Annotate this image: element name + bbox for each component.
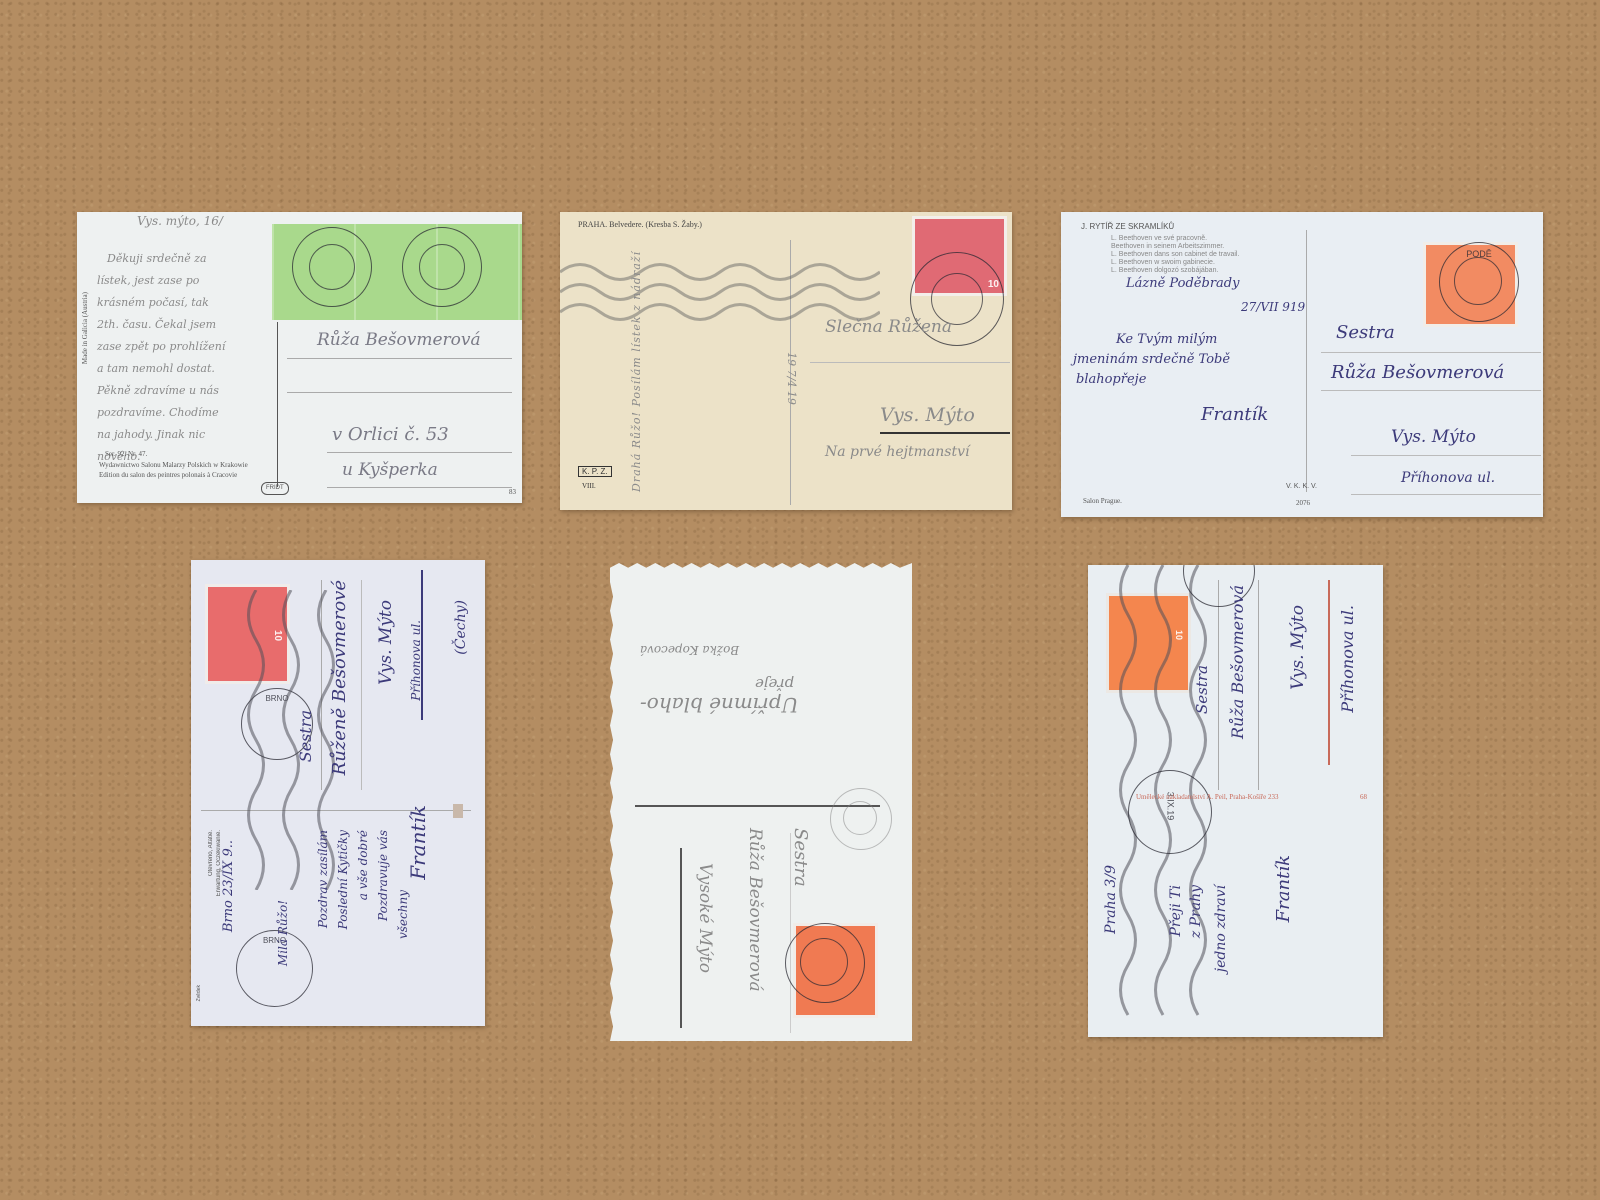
publisher-line: Umělecké nakladatelství A. Peil, Praha-K… — [1136, 793, 1279, 802]
message-line: Pozdrav zasílám — [316, 830, 330, 928]
postcard-3: J. RYTÍŘ ZE SKRAMLÍKŮ L. Beethoven ve sv… — [1061, 212, 1543, 517]
divider-line — [1306, 230, 1307, 492]
place-line: Lázně Poděbrady — [1126, 276, 1239, 291]
message-line: Pozdravuje vás — [376, 830, 390, 921]
printer-mark: Zvědek — [195, 985, 204, 1001]
recipient-title: Sestra — [790, 828, 811, 887]
publisher-left: Salon Prague. — [1083, 497, 1122, 506]
publisher-caption-fr: Edition du salon des peintres polonais à… — [99, 471, 237, 480]
recipient-town: Vys. Mýto — [880, 404, 975, 426]
message-line: Ke Tvým milým — [1116, 332, 1217, 347]
address-line — [1328, 580, 1330, 765]
message-line: a tam nemohl dostat. — [97, 362, 215, 375]
address-line — [1321, 352, 1541, 353]
address-line — [880, 432, 1010, 434]
message-line: Pěkně zdravíme u nás — [97, 384, 219, 397]
message-line: zase zpět po prohlížení — [97, 340, 225, 353]
date-line: 27/VII 919 — [1241, 300, 1305, 314]
message-line: všechny — [396, 890, 410, 939]
postmark-vysoke-myto — [292, 227, 372, 307]
recipient-name: Růža Bešovmerová — [745, 828, 765, 992]
message-line: Vys. mýto, 16/ — [137, 214, 223, 228]
address-line — [680, 848, 682, 1028]
card-caption: PRAHA. Belvedere. (Kresba S. Žaby.) — [578, 220, 702, 229]
message-line: Praha 3/9 — [1103, 865, 1119, 934]
postmark-vysoke-myto — [785, 923, 865, 1003]
recipient-address: Na prvé hejtmanství — [825, 444, 969, 460]
message-line: a vše dobré — [356, 830, 370, 900]
recipient-name: Růženě Bešovmerové — [329, 580, 350, 775]
address-line — [1258, 580, 1259, 790]
recipient-street: Příhonova ul. — [1401, 470, 1495, 486]
blind-receiving-stamp — [830, 788, 892, 850]
card-number: 2076 — [1296, 499, 1310, 508]
handwritten-date: 19 7/4 19 — [785, 352, 798, 405]
address-line — [1351, 455, 1541, 456]
message-line: Upřímné blaho- — [640, 693, 798, 717]
message-line: Přeji Ti — [1168, 885, 1184, 936]
recipient-street: Příhonova ul. — [409, 620, 423, 701]
caption-line: L. Beethoven dolgozó szobájában. — [1111, 266, 1218, 275]
card-number: 68 — [1360, 793, 1367, 802]
postmark-brno: BRNO — [236, 930, 313, 1007]
message-line: 2th. času. Čekal jsem — [97, 318, 216, 331]
message-line: z Prahy — [1188, 885, 1204, 938]
publisher-mark: V. K. K. V. — [1286, 482, 1317, 491]
address-line — [327, 452, 512, 453]
message-line: Božka Kopecová — [640, 643, 739, 657]
recipient-town: Vys. Mýto — [1391, 427, 1476, 447]
wavy-machine-cancel — [560, 232, 880, 372]
address-line — [1321, 390, 1541, 391]
recipient-town: Vys. Mýto — [376, 600, 396, 685]
message-line: jedno zdraví — [1213, 885, 1229, 972]
series-number: VIII. — [582, 482, 596, 491]
publisher-logo: FRIDT — [261, 482, 289, 495]
recipient-town: Vys. Mýto — [1288, 605, 1308, 690]
recipient-street: Příhonova ul. — [1338, 605, 1357, 713]
message-line: Milá Růžo! — [276, 900, 290, 966]
address-line — [287, 392, 512, 393]
signature: Frantík — [1201, 404, 1268, 425]
recipient-name: Růža Bešovmerová — [1228, 585, 1247, 739]
address-line — [327, 487, 512, 488]
message-line: na jahody. Jinak nic — [97, 428, 205, 441]
postmark-praha: 3.IX.19 — [1128, 770, 1212, 854]
message-line: pozdravíme. Chodíme — [97, 406, 219, 419]
recipient-title: Sestra — [1336, 322, 1395, 343]
message-line: krásném počasí, tak — [97, 296, 209, 309]
message-line: Děkuji srdečně za — [107, 252, 207, 265]
signature: Frantík — [1273, 855, 1294, 922]
recipient-title: Sestra — [296, 710, 315, 762]
recipient-name: Růža Bešovmerová — [1331, 362, 1504, 383]
publisher-mark: K. P. Z. — [578, 466, 612, 477]
card-number: 83 — [509, 488, 516, 497]
recipient-town: Vysoké Mýto — [695, 863, 715, 973]
recipient-town: u Kyšperka — [342, 460, 438, 480]
postcard-1: Made in Galicia (Austria) Vys. mýto, 16/… — [77, 212, 522, 503]
message-line: přeje — [755, 675, 794, 693]
postcard-5: Upřímné blaho- přeje Božka Kopecová Sest… — [610, 563, 912, 1041]
postcard-4: 10 BRNO BRNO Otevřeno, Altatie. Erwartun… — [191, 560, 485, 1026]
postmark-vysoke-myto — [402, 227, 482, 307]
recipient-name: Slečna Růžena — [825, 317, 952, 337]
message-vertical: Drahá Růžo! Posílám lístek z nádraží — [630, 252, 643, 492]
made-in-text: Made in Galicia (Austria) — [81, 292, 90, 364]
message-line: Poslední Kytičky — [336, 830, 350, 929]
message-line: jmeninám srdečně Tobě — [1073, 352, 1230, 367]
series-number: Ser. 92. Nr. 47. — [105, 450, 147, 459]
recipient-name: Růža Bešovmerová — [317, 330, 481, 350]
recipient-title: Sestra — [1193, 665, 1211, 714]
recipient-country: (Čechy) — [453, 600, 469, 655]
address-line — [1351, 494, 1541, 495]
address-line — [287, 358, 512, 359]
publisher-logo — [453, 804, 463, 818]
signature: Frantík — [406, 805, 430, 880]
postcard-2: PRAHA. Belvedere. (Kresba S. Žaby.) 10 D… — [560, 212, 1012, 510]
divider-line — [277, 322, 278, 487]
card-title: J. RYTÍŘ ZE SKRAMLÍKŮ — [1081, 222, 1174, 231]
postmark-podebrady: PODĚ — [1439, 242, 1519, 322]
message-line: blahopřeje — [1076, 372, 1146, 387]
publisher-caption-pl: Wydawnictwo Salonu Malarzy Polskich w Kr… — [99, 461, 248, 470]
message-line: lístek, jest zase po — [97, 274, 199, 287]
message-line: Brno 23/IX 9.. — [221, 840, 236, 932]
recipient-address: v Orlici č. 53 — [332, 424, 449, 445]
postcard-6: 10 3.IX.19 Umělecké nakladatelství A. Pe… — [1088, 565, 1383, 1037]
